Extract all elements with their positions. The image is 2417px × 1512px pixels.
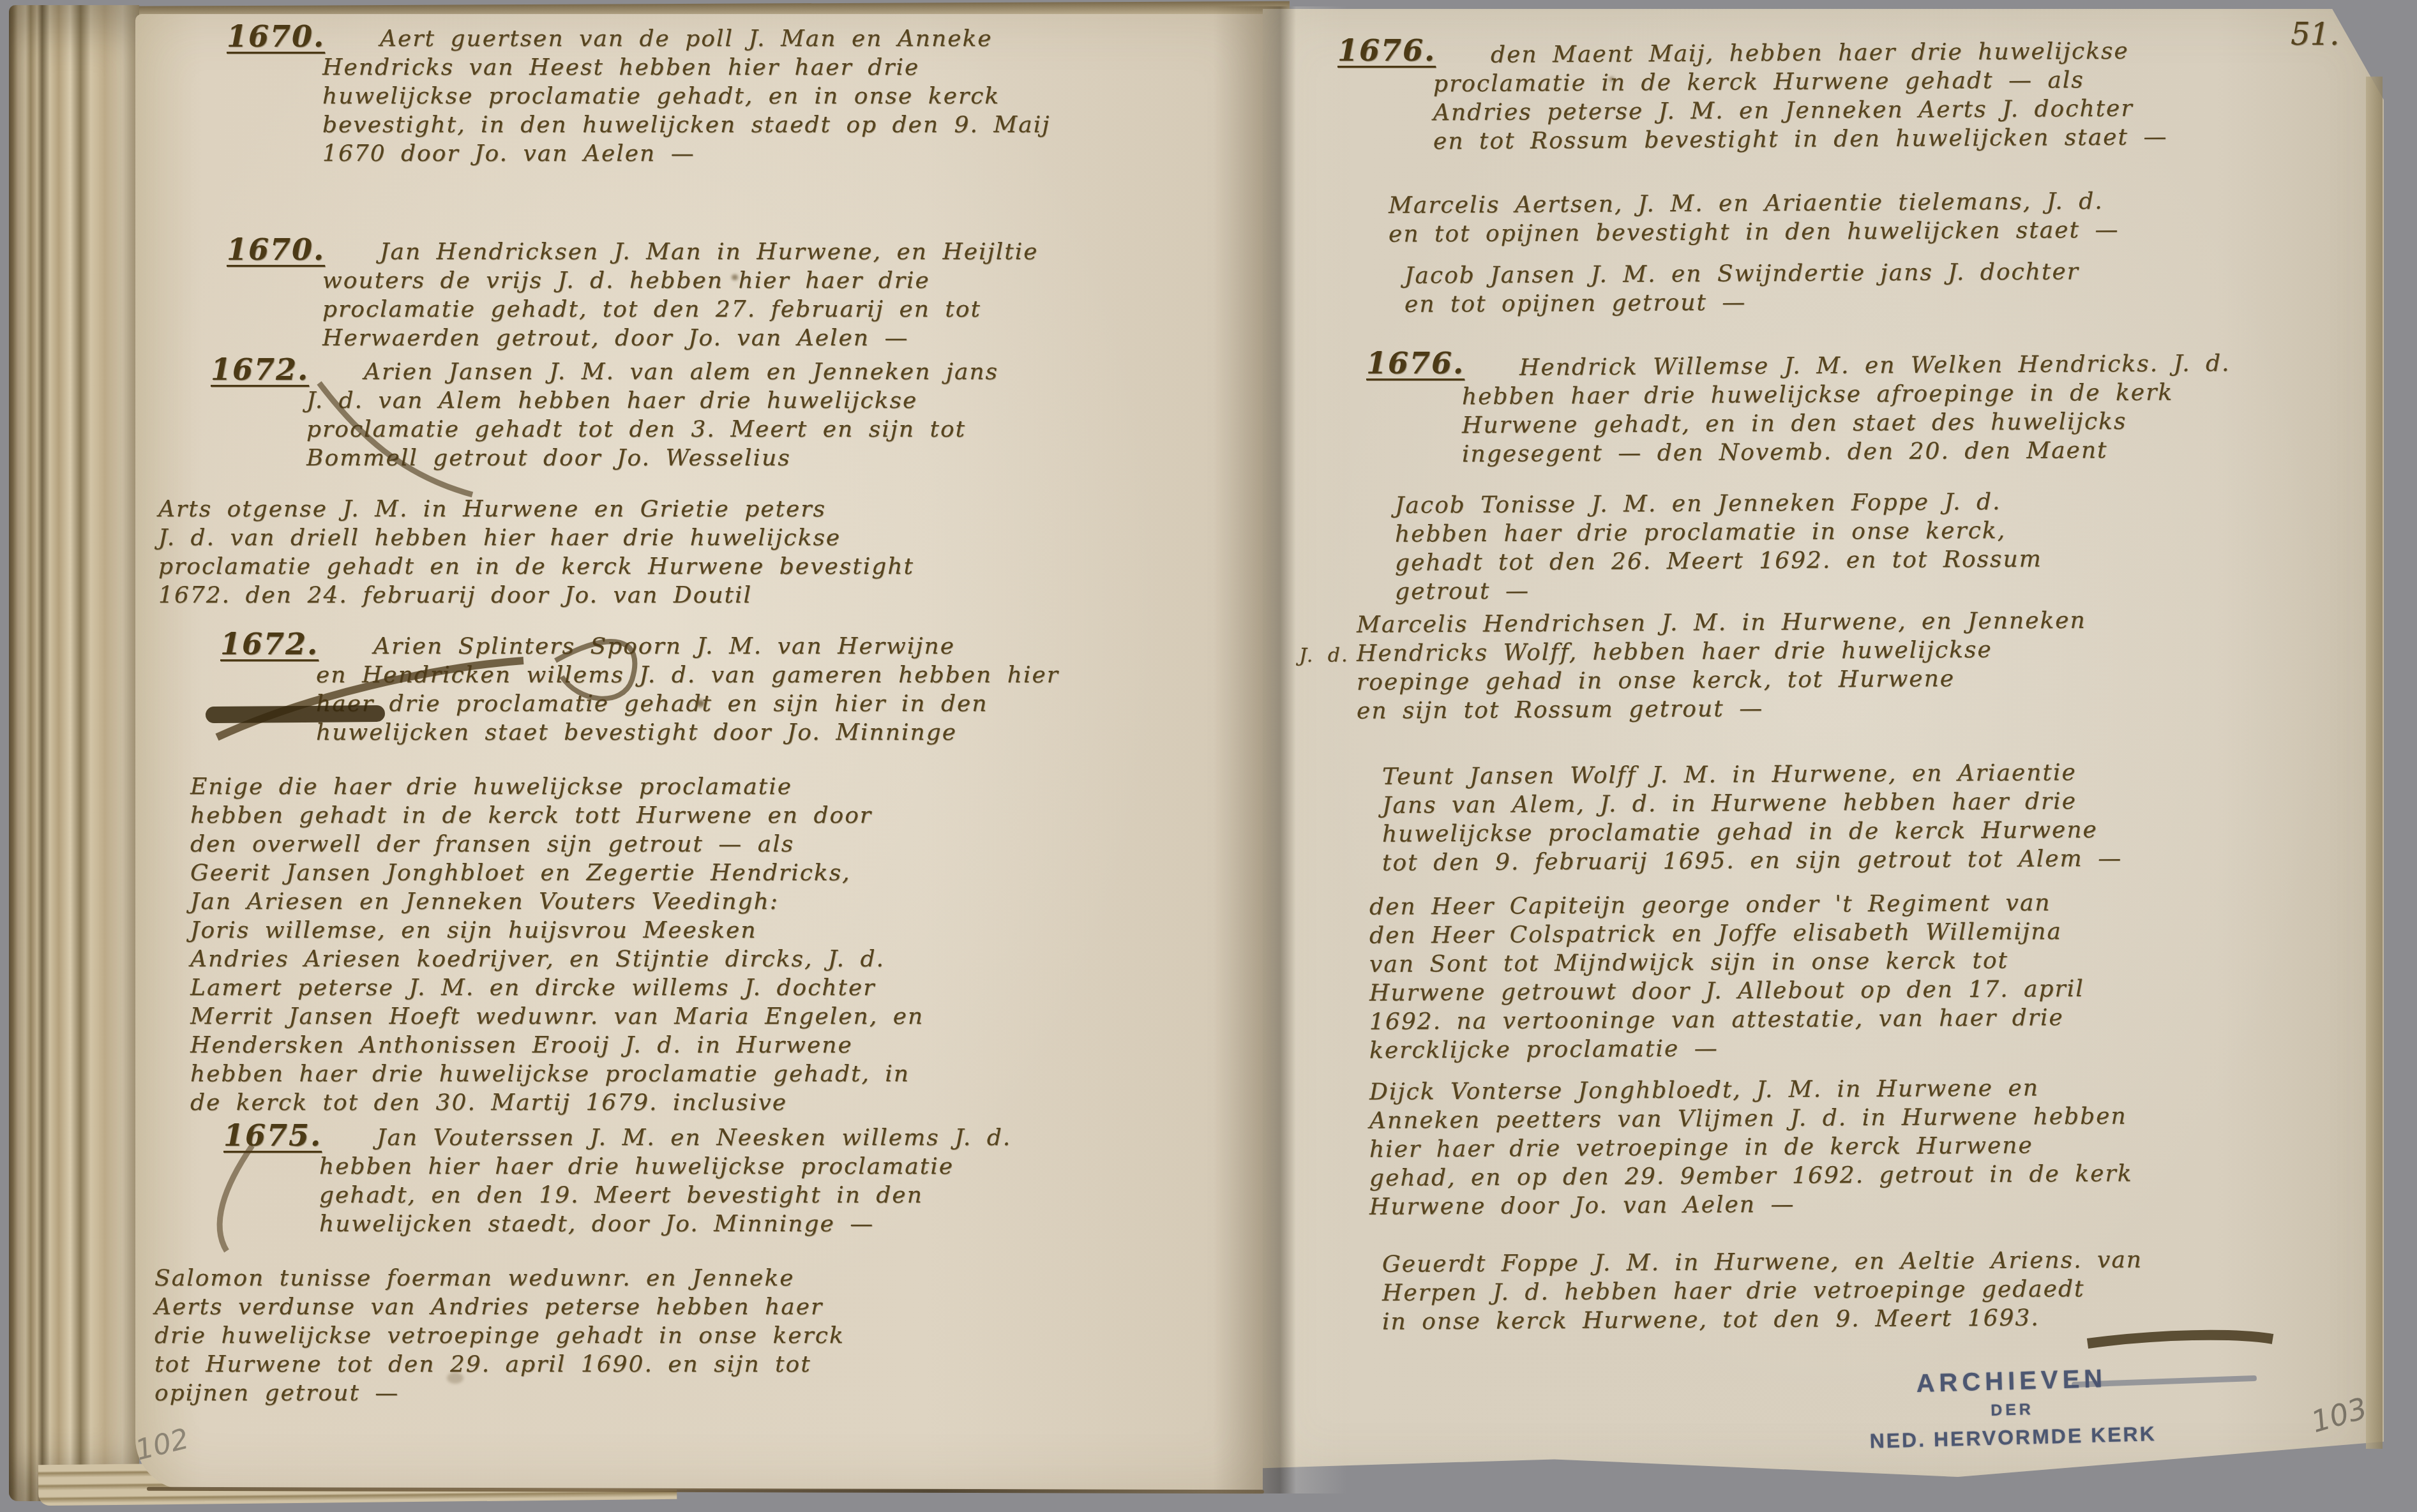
handwritten-line: J. d. <box>1299 635 2295 670</box>
handwritten-line: proclamatie gehadt, tot den 27. februari… <box>322 295 1248 324</box>
handwritten-line: Andries Ariesen koedrijver, en Stijntie … <box>190 945 1212 973</box>
handwritten-line: den overwell der fransen sijn getrout — … <box>190 830 1212 858</box>
register-entry: 1672.Arien Jansen J. M. van alem en Jenn… <box>211 357 1232 472</box>
handwritten-line: getrout — <box>1395 571 2391 606</box>
handwritten-line: gehadt, en den 19. Meert bevestight in d… <box>319 1181 1245 1209</box>
handwritten-line: en Hendricken willems J. d. van gameren … <box>316 661 1242 689</box>
handwritten-line: Hendricks van Heest hebben hier haer dri… <box>322 53 1248 82</box>
handwritten-line: Joris willemse, en sijn huijsvrou Meeske… <box>190 916 1212 945</box>
handwritten-line: wouters de vrijs J. d. hebben hier haer … <box>322 266 1248 295</box>
handwritten-line: huwelijcken staedt, door Jo. Minninge — <box>319 1209 1245 1238</box>
handwritten-line: en tot opijnen getrout — <box>1404 284 2400 319</box>
handwritten-line: ingesegent — den Novemb. den 20. den Mae… <box>1462 435 2362 469</box>
handwritten-line: 1670 door Jo. van Aelen — <box>322 139 1248 168</box>
entry-year: 1676. <box>1366 346 1465 380</box>
register-entry: den Heer Capiteijn george onder 't Regim… <box>1369 890 2365 1062</box>
handwritten-line: Hurwene door Jo. van Aelen — <box>1369 1186 2365 1222</box>
register-entry: Dijck Vonterse Jonghbloedt, J. M. in Hur… <box>1369 1075 2365 1218</box>
handwritten-line: Herwaerden getrout, door Jo. van Aelen — <box>322 324 1248 352</box>
handwritten-line: in onse kerck Hurwene, tot den 9. Meert … <box>1382 1301 2378 1336</box>
entry-year: 1675. <box>223 1118 322 1153</box>
handwritten-line: Merrit Jansen Hoeft weduwnr. van Maria E… <box>190 1002 1212 1031</box>
handwritten-line: tot den 9. februarij 1695. en sijn getro… <box>1382 842 2378 878</box>
handwritten-line: en sijn tot Rossum getrout — <box>1357 691 2353 726</box>
ink-spot <box>732 274 738 280</box>
archive-stamp: ARCHIEVEN DER NED. HERVORMDE KERK <box>1858 1363 2166 1454</box>
handwritten-line: Lamert peterse J. M. en dircke willems J… <box>190 973 1212 1002</box>
handwritten-line: Jan Hendricksen J. Man in Hurwene, en He… <box>322 237 1248 266</box>
handwritten-line: Aerts verdunse van Andries peterse hebbe… <box>154 1292 1176 1321</box>
register-entry: 1676.den Maent Maij, hebben haer drie hu… <box>1337 38 2333 153</box>
entry-year: 1672. <box>211 352 309 387</box>
handwritten-line: Geerit Jansen Jonghbloet en Zegertie Hen… <box>190 858 1212 887</box>
handwritten-line: Arien Jansen J. M. van alem en Jenneken … <box>306 357 1232 386</box>
entry-year: 1672. <box>220 627 319 661</box>
handwritten-line: Bommell getrout door Jo. Wesselius <box>306 444 1232 472</box>
register-entry: 1676.Hendrick Willemse J. M. en Welken H… <box>1366 351 2362 466</box>
ink-spot <box>1609 77 1615 82</box>
register-entry: Geuerdt Foppe J. M. in Hurwene, en Aelti… <box>1382 1247 2378 1333</box>
register-entry: Jacob Jansen J. M. en Swijndertie jans J… <box>1404 258 2400 316</box>
entry-year: 1670. <box>227 19 325 54</box>
entry-year: 1670. <box>227 232 325 267</box>
handwritten-line: 1672. den 24. februarij door Jo. van Dou… <box>158 581 1180 610</box>
handwritten-line: Arts otgense J. M. in Hurwene en Grietie… <box>158 495 1180 523</box>
handwritten-line: J. d. van driell hebben hier haer drie h… <box>158 523 1180 552</box>
handwritten-line: Arien Splinters Spoorn J. M. van Herwijn… <box>316 632 1242 661</box>
handwritten-line: opijnen getrout — <box>154 1379 1176 1407</box>
handwritten-line: proclamatie gehadt en in de kerck Hurwen… <box>158 552 1180 581</box>
handwritten-line: J. d. van Alem hebben haer drie huwelijc… <box>306 386 1232 415</box>
handwritten-line: en tot Rossum bevestight in den huwelijc… <box>1433 122 2333 156</box>
handwritten-line: haer drie proclamatie gehadt en sijn hie… <box>316 689 1242 718</box>
handwritten-line: huwelijcken staet bevestight door Jo. Mi… <box>316 718 1242 747</box>
handwritten-line: Salomon tunisse foerman weduwnr. en Jenn… <box>154 1264 1176 1292</box>
register-entry: Enige die haer drie huwelijckse proclama… <box>190 772 1212 1117</box>
handwritten-line: hebben gehadt in de kerck tott Hurwene e… <box>190 801 1212 830</box>
handwritten-line: tot Hurwene tot den 29. april 1690. en s… <box>154 1350 1176 1379</box>
folio-number-ink: 51. <box>2291 17 2339 52</box>
manuscript-photo: 1670.Aert guertsen van de poll J. Man en… <box>0 0 2417 1512</box>
handwritten-line: huwelijckse proclamatie gehadt, en in on… <box>322 82 1248 110</box>
handwritten-line: Aert guertsen van de poll J. Man en Anne… <box>322 24 1248 53</box>
handwritten-line: Hendersken Anthonissen Erooij J. d. in H… <box>190 1031 1212 1059</box>
register-entry: Salomon tunisse foerman weduwnr. en Jenn… <box>154 1264 1176 1407</box>
handwritten-line: en tot opijnen bevestight in den huwelij… <box>1389 214 2384 249</box>
register-entry: Teunt Jansen Wolff J. M. in Hurwene, en … <box>1382 760 2378 874</box>
paper-stain <box>447 1372 463 1384</box>
register-entry: 1670.Jan Hendricksen J. Man in Hurwene, … <box>227 237 1248 352</box>
register-entry: Jacob Tonisse J. M. en Jenneken Foppe J.… <box>1395 488 2391 603</box>
entry-year: 1676. <box>1337 33 1436 68</box>
handwritten-line: drie huwelijckse vetroepinge gehadt in o… <box>154 1321 1176 1350</box>
handwritten-line: Jan Vouterssen J. M. en Neesken willems … <box>319 1123 1245 1152</box>
handwritten-line: hebben hier haer drie huwelijckse procla… <box>319 1152 1245 1181</box>
handwritten-line: de kerck tot den 30. Martij 1679. inclus… <box>190 1088 1212 1117</box>
handwritten-line: proclamatie gehadt tot den 3. Meert en s… <box>306 415 1232 444</box>
archive-stamp-line: DER <box>1859 1397 2166 1424</box>
register-entry: 1672.Arien Splinters Spoorn J. M. van He… <box>220 632 1242 747</box>
book-left-page-edges <box>9 5 139 1501</box>
register-entry: Marcelis Aertsen, J. M. en Ariaentie tie… <box>1389 188 2384 246</box>
handwritten-line: Enige die haer drie huwelijckse proclama… <box>190 772 1212 801</box>
handwritten-line: hebben haer drie huwelijckse proclamatie… <box>190 1059 1212 1088</box>
register-entry: 1670.Aert guertsen van de poll J. Man en… <box>227 24 1248 168</box>
register-entry: Arts otgense J. M. in Hurwene en Grietie… <box>158 495 1180 610</box>
register-entry: 1675.Jan Vouterssen J. M. en Neesken wil… <box>223 1123 1245 1238</box>
marginal-note: J. d. <box>1299 638 2295 667</box>
handwritten-line: Jan Ariesen en Jenneken Vouters Veedingh… <box>190 887 1212 916</box>
handwritten-line: kercklijcke proclamatie — <box>1369 1030 2365 1065</box>
ink-spot <box>696 700 705 707</box>
handwritten-line: bevestight, in den huwelijcken staedt op… <box>322 110 1248 139</box>
